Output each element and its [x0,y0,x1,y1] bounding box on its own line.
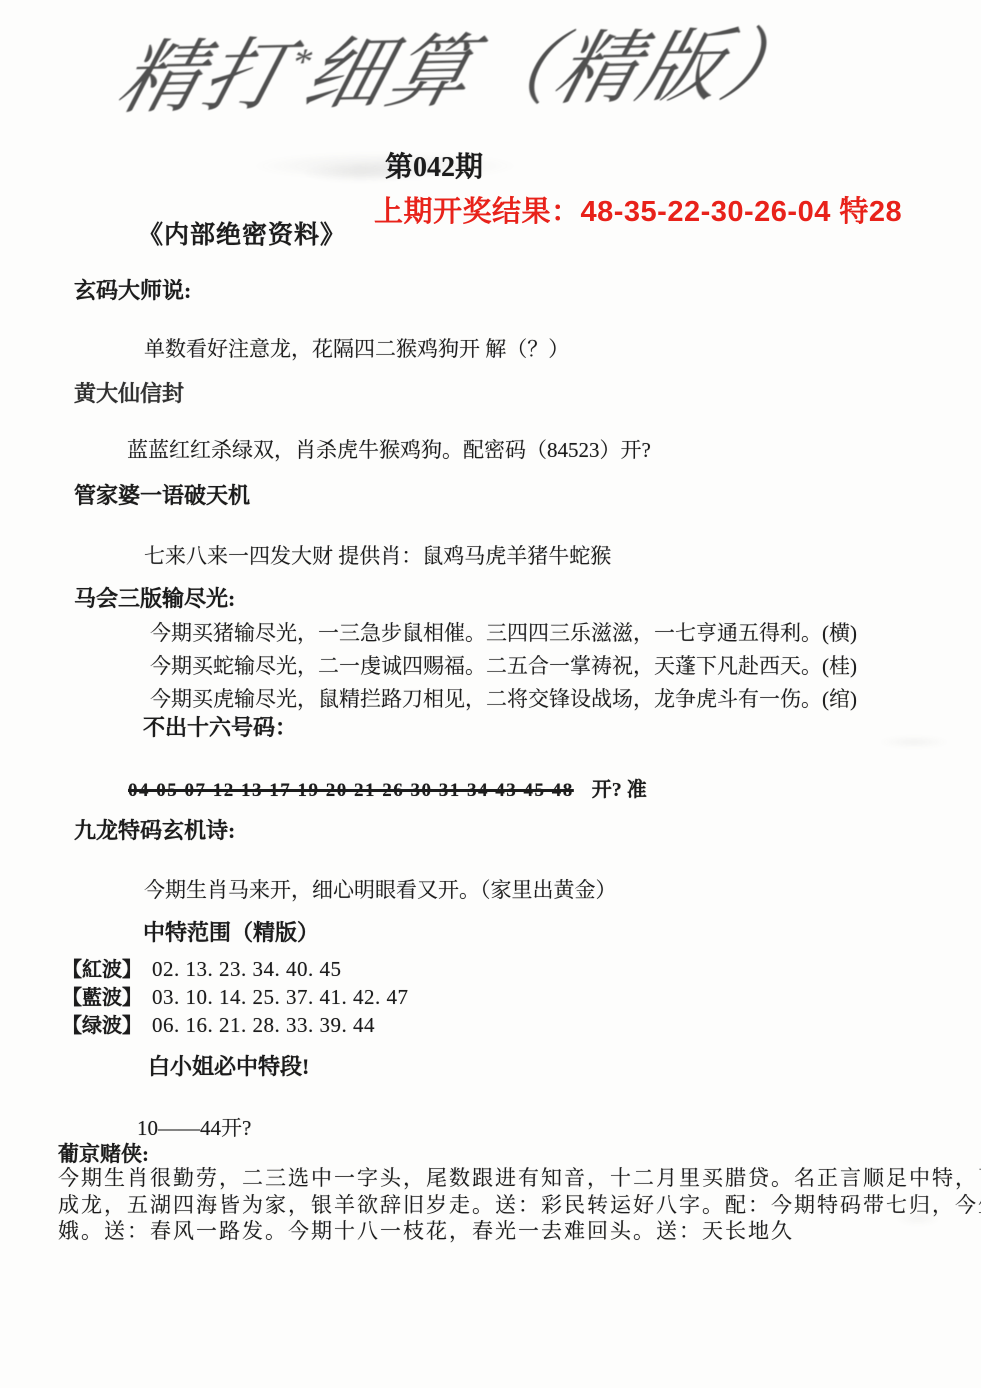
heading-huangdaxian: 黄大仙信封 [74,377,184,408]
heading-excluded-numbers: 不出十六号码： [143,711,297,742]
masthead-part2: 细算（精版） [295,22,819,120]
guanjiapo-verse: 七来八来一四发大财 提供肖：鼠鸡马虎羊猪牛蛇猴 [144,540,611,570]
wave-row-red: 【紅波】02. 13. 23. 34. 40. 45 [62,953,342,982]
masthead-calligraphy: 精打*细算（精版） [107,0,825,129]
heading-zhongte-range: 中特范围（精版） [143,916,319,947]
heading-guanjiapo: 管家婆一语破天机 [74,479,250,510]
wave-label-blue: 【藍波】 [62,987,142,1009]
pujing-line-1: 今期生肖很勤劳，二三选中一字头，尾数跟进有知音，十二月里买腊贷。名正言顺足中特，… [58,1162,981,1192]
huangdaxian-verse: 蓝蓝红红杀绿双，肖杀虎牛猴鸡狗。配密码（84523）开? [127,434,651,464]
mahui-line-2: 今期买蛇输尽光，二一虔诚四赐福。二五合一掌祷祝，天蓬下凡赴西天。(桂) [150,650,857,680]
excluded-numbers-line: 04 05 07 12 13 17 19 20 21 26 30 31 34 4… [128,773,647,802]
wave-label-green: 【绿波】 [62,1015,142,1037]
excluded-numbers-verdict: 开? 准 [592,779,647,801]
xuanma-verse: 单数看好注意龙，花隔四二猴鸡狗开 解（？） [144,333,569,363]
last-draw-result: 上期开奖结果：48-35-22-30-26-04 特28 [374,189,902,230]
jiulong-verse: 今期生肖马来开，细心明眼看又开。（家里出黄金） [144,874,617,904]
wave-numbers-red: 02. 13. 23. 34. 40. 45 [152,957,342,981]
heading-xuanma-dashi: 玄码大师说: [74,274,191,305]
mahui-line-3: 今期买虎输尽光，鼠精拦路刀相见，二将交锋设战场，龙争虎斗有一伤。(绾) [150,683,857,713]
wave-numbers-blue: 03. 10. 14. 25. 37. 41. 42. 47 [152,985,409,1009]
wave-label-red: 【紅波】 [62,959,142,981]
heading-mahui: 马会三版输尽光: [74,582,235,613]
mahui-line-1: 今期买猪输尽光，一三急步鼠相催。三四四三乐滋滋，一七亨通五得利。(横) [150,617,857,647]
masthead-part1: 精打 [109,33,299,124]
scanned-tip-sheet: 精打*细算（精版） 第042期 上期开奖结果：48-35-22-30-26-04… [0,0,981,1388]
baixiaojie-range: 10——44开? [137,1112,251,1142]
heading-baixiaojie: 白小姐必中特段! [148,1050,309,1081]
issue-number: 第042期 [385,145,483,185]
doc-title: 《内部绝密资料》 [138,215,346,251]
wave-row-green: 【绿波】06. 16. 21. 28. 33. 39. 44 [62,1009,375,1038]
excluded-numbers-struck: 04 05 07 12 13 17 19 20 21 26 30 31 34 4… [128,780,574,801]
pujing-line-3: 娥。送：春风一路发。今期十八一枝花，春光一去难回头。送：天长地久 [58,1215,794,1245]
scan-noise [878,736,950,748]
wave-row-blue: 【藍波】03. 10. 14. 25. 37. 41. 42. 47 [62,981,409,1010]
heading-jiulong: 九龙特码玄机诗: [74,814,235,845]
wave-numbers-green: 06. 16. 21. 28. 33. 39. 44 [152,1013,375,1037]
